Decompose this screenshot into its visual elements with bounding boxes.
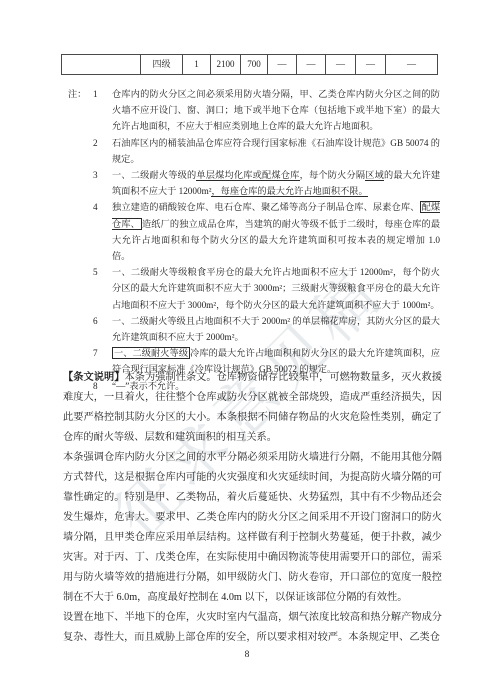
clause-commentary: 【条文说明】本条为强制性条文。仓库物资储存比较集中，可燃物数量多，灭火救援难度大… xyxy=(63,368,442,648)
note-number: 6 xyxy=(93,313,112,345)
note-segment: 一、二级耐火等级粮食平房仓的最大允许占地面积不应大于 12000m²，每个防火分… xyxy=(112,267,440,309)
note-item: 2石油库区内的桶装油品仓库应符合现行国家标准《石油库设计规范》GB 50074 … xyxy=(68,135,440,167)
table-row: 四级12100700————— xyxy=(62,55,438,75)
commentary-paragraph: 本条强调仓库内防火分区之间的水平分隔必须采用防火墙进行分隔，不能用其他分隔方式替… xyxy=(63,448,442,608)
table-cell: 700 xyxy=(241,55,268,75)
note-number: 1 xyxy=(93,86,112,135)
notes-label xyxy=(68,135,93,167)
note-segment: 独立建造的硝酸铵仓库、电石仓库、聚乙烯等高分子制品仓库、尿素仓库、 xyxy=(112,202,420,212)
note-number: 3 xyxy=(93,167,112,199)
note-item: 注：1仓库内的防火分区之间必须采用防火墙分隔，甲、乙类仓库内防火分区之间的防火墙… xyxy=(68,86,440,135)
note-item: 5一、二级耐火等级粮食平房仓的最大允许占地面积不应大于 12000m²，每个防火… xyxy=(68,264,440,313)
table-cell: — xyxy=(268,55,297,75)
table-cell: — xyxy=(326,55,356,75)
notes-label xyxy=(68,313,93,345)
note-segment: 仓库内的防火分区之间必须采用防火墙分隔，甲、乙类仓库内防火分区之间的防火墙不应开… xyxy=(112,89,440,131)
note-item: 6一、二级耐火等级且占地面积不大于 2000m² 的单层棉花库房，其防火分区的最… xyxy=(68,313,440,345)
note-item: 3一、二级耐火等级的单层煤均化库或配煤仓库，每个防火分隔区域的最大允许建筑面积不… xyxy=(68,167,440,199)
warehouse-area-table: 四级12100700————— xyxy=(61,54,438,75)
note-text: 独立建造的硝酸铵仓库、电石仓库、聚乙烯等高分子制品仓库、尿素仓库、配煤仓库、造纸… xyxy=(112,199,440,264)
page-number: 8 xyxy=(0,650,494,660)
table-cell xyxy=(62,55,141,75)
note-segment-underline: 单层煤均化库或配煤仓库 xyxy=(196,170,299,181)
note-number: 4 xyxy=(93,199,112,264)
note-text: 仓库内的防火分区之间必须采用防火墙分隔，甲、乙类仓库内防火分区之间的防火墙不应开… xyxy=(112,86,440,135)
note-text: 一、二级耐火等级的单层煤均化库或配煤仓库，每个防火分隔区域的最大允许建筑面积不应… xyxy=(112,167,440,199)
table-fragment: 四级12100700————— xyxy=(61,54,438,75)
table-cell: 1 xyxy=(183,55,211,75)
table-cell: — xyxy=(356,55,386,75)
document-page: 征求意见稿 四级12100700————— 注：1仓库内的防火分区之间必须采用防… xyxy=(0,0,494,700)
table-cell: 2100 xyxy=(211,55,241,75)
note-number: 5 xyxy=(93,264,112,313)
commentary-text: 本条强调仓库内防火分区之间的水平分隔必须采用防火墙进行分隔，不能用其他分隔方式替… xyxy=(63,452,442,603)
note-segment-boxed: 一、二级耐火等级 xyxy=(112,347,190,359)
note-segment: ，每个防火分隔 xyxy=(300,170,366,180)
table-notes: 注：1仓库内的防火分区之间必须采用防火墙分隔，甲、乙类仓库内防火分区之间的防火墙… xyxy=(68,86,440,394)
notes-label xyxy=(68,199,93,264)
note-text: 石油库区内的桶装油品仓库应符合现行国家标准《石油库设计规范》GB 50074 的… xyxy=(112,135,440,167)
commentary-text: 设置在地下、半地下的仓库，火灾时室内气温高，烟气浓度比较高和热分解产物成分复杂、… xyxy=(63,612,442,643)
note-segment: 石油库区内的桶装油品仓库应符合现行国家标准《石油库设计规范》GB 50074 的… xyxy=(112,138,440,164)
notes-label xyxy=(68,264,93,313)
commentary-label: 【条文说明】 xyxy=(63,372,124,383)
note-segment: 一、二级耐火等级的 xyxy=(112,170,196,180)
note-text: 一、二级耐火等级且占地面积不大于 2000m² 的单层棉花库房，其防火分区的最大… xyxy=(112,313,440,345)
note-segment: 造纸厂的独立成品仓库，当建筑的耐火等级不低于二级时，每座仓库的最大允许占地面积和… xyxy=(112,219,440,261)
note-text: 一、二级耐火等级粮食平房仓的最大允许占地面积不应大于 12000m²，每个防火分… xyxy=(112,264,440,313)
note-segment-underline: ，每座仓库的最大允许占地面积不限。 xyxy=(211,186,367,197)
table-cell: 四级 xyxy=(141,55,183,75)
notes-label xyxy=(68,167,93,199)
notes-label: 注： xyxy=(68,86,93,135)
note-item: 4独立建造的硝酸铵仓库、电石仓库、聚乙烯等高分子制品仓库、尿素仓库、配煤仓库、造… xyxy=(68,199,440,264)
table-cell: — xyxy=(386,55,438,75)
commentary-paragraph: 设置在地下、半地下的仓库，火灾时室内气温高，烟气浓度比较高和热分解产物成分复杂、… xyxy=(63,608,442,648)
note-segment: 一、二级耐火等级且占地面积不大于 2000m² 的单层棉花库房，其防火分区的最大… xyxy=(112,316,440,342)
note-segment-underline: 区域 xyxy=(365,170,384,181)
commentary-paragraph: 【条文说明】本条为强制性条文。仓库物资储存比较集中，可燃物数量多，灭火救援难度大… xyxy=(63,368,442,448)
note-number: 2 xyxy=(93,135,112,167)
table-cell: — xyxy=(297,55,326,75)
